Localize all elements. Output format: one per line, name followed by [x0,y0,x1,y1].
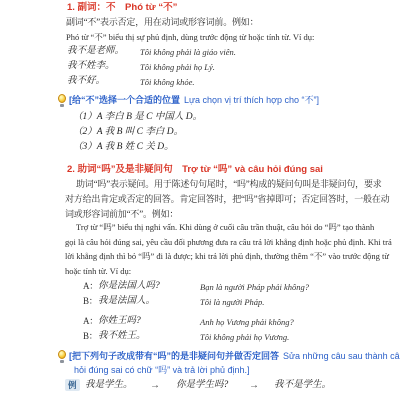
example-vi: Tôi không khỏe. [140,78,195,87]
exercise2-prompt-line1: [把下列句子改成带有“吗”的是非疑问句并做否定回答 Sửa những câu … [69,352,400,362]
example-vi: Tôi không phải là giáo viên. [140,48,236,57]
lightbulb-icon [57,94,67,107]
section1-heading: 1. 副词：不 Phó từ “不” [67,3,177,13]
section2-para-vi-line4: hoặc tính từ. Ví dụ: [65,267,131,276]
exercise1-prompt-zh: [给“不”选择一个合适的位置 [69,96,180,106]
dialogue-speaker: B： [83,332,98,342]
section2-para-zh-line3: 词或形容词前加“不”。例如： [65,210,178,220]
example-vi: Tôi không phải họ Lý. [140,63,215,72]
section2-para-zh-line1: 助词“吗”表示疑问。用于陈述句句尾时，“吗”构成的疑问句叫是非疑问句，要求 [76,180,382,190]
arrow-icon: → [249,380,259,391]
dialogue-zh: 我不姓王。 [98,331,146,341]
dialogue-zh: 你是法国人吗? [98,281,160,291]
section1-body-zh: 副词“不”表示否定，用在动词或形容词前。例如： [66,18,258,28]
exercise1-item-2: （2）A 我 B 叫 C 李白 D。 [73,127,183,137]
example-source: 我是学生。 [85,380,133,390]
exercise1-prompt: [给“不”选择一个合适的位置 Lựa chọn vị trí thích hợp… [69,96,319,106]
textbook-page: 1. 副词：不 Phó từ “不” 副词“不”表示否定，用在动词或形容词前。例… [0,0,400,400]
dialogue-speaker: A： [83,282,98,292]
dialogue-vi: Tôi không phải họ Vương. [200,333,289,342]
lightbulb-icon [57,350,67,363]
exercise2-prompt-line2: hỏi đúng sai có chữ “吗” và trả lời phủ đ… [74,366,250,376]
section2-para-zh-line2: 对方给出肯定或否定的回答。肯定回答时，把“吗”省掉即可；否定回答时，一般在动 [65,195,389,205]
exercise2-prompt-vi1: Sửa những câu sau thành câu [283,352,400,362]
section2-para-vi-line3: lời khẳng định thì bỏ “吗” đi là được; kh… [65,252,389,261]
section2-para-vi-line2: gọi là câu hỏi đúng sai, yêu cầu đối phư… [65,238,392,247]
dialogue-speaker: A： [83,317,98,327]
example-zh: 我不姓李。 [67,61,115,71]
dialogue-speaker: B： [83,297,98,307]
example-zh: 我不好。 [67,76,105,86]
exercise2-prompt-zh: [把下列句子改成带有“吗”的是非疑问句并做否定回答 [69,352,279,362]
section2-para-vi-line1: Trợ từ “吗” biểu thị nghi vấn. Khi dùng ở… [76,223,374,232]
dialogue-vi: Bạn là người Pháp phải không? [200,283,309,292]
exercise1-prompt-vi: Lựa chọn vị trí thích hợp cho “不”] [184,96,319,106]
example-question: 你是学生吗? [176,380,228,390]
dialogue-vi: Anh họ Vương phải không? [200,318,294,327]
dialogue-zh: 你姓王吗? [98,316,141,326]
example-label-badge: 例 [65,379,80,391]
example-answer: 我不是学生。 [274,380,331,390]
section1-body-vi: Phó từ “不” biểu thị sự phủ định, dùng tr… [66,33,314,42]
exercise1-item-3: （3）A 我 B 姓 C 关 D。 [73,142,174,152]
exercise1-item-1: （1）A 李白 B 是 C 中国人 D。 [73,112,202,122]
dialogue-zh: 我是法国人。 [98,296,155,306]
arrow-icon: → [150,380,160,391]
dialogue-vi: Tôi là người Pháp. [200,298,264,307]
section2-heading: 2. 助词“吗”及是非疑问句 Trợ từ “吗” và câu hỏi đún… [67,165,323,175]
example-zh: 我不是老师。 [67,46,124,56]
